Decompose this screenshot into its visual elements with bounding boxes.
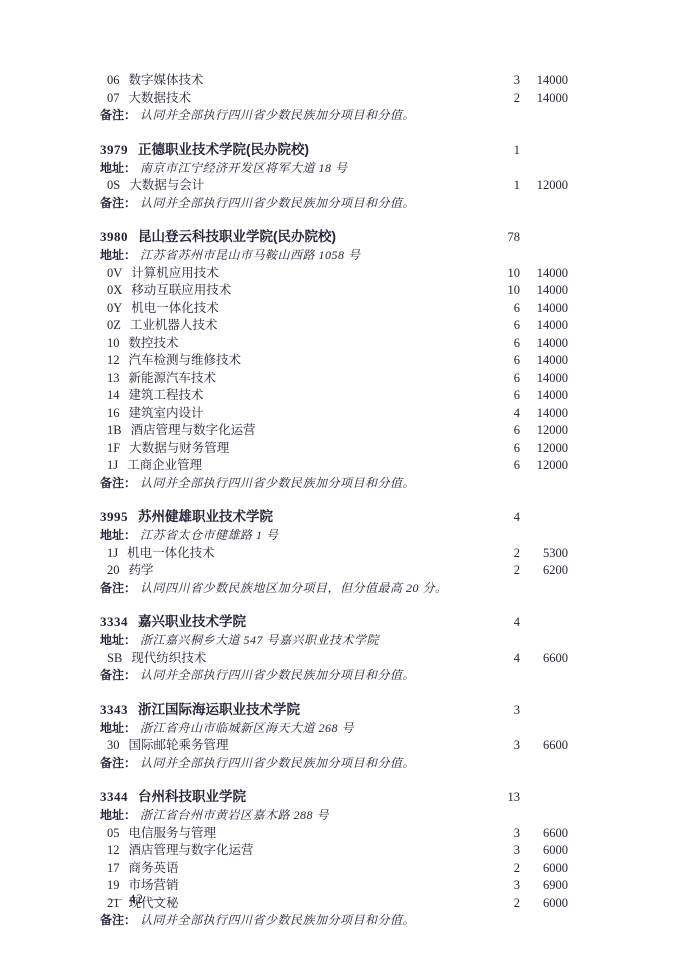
major-fee: 6000 [520, 895, 568, 913]
major-row: 12 酒店管理与数字化运营 3 6000 [100, 842, 568, 860]
school-code: 3995 [100, 507, 128, 527]
note-text: 认同并全部执行四川省少数民族加分项目和分值。 [140, 107, 415, 125]
note-label: 备注： [100, 912, 136, 930]
footer-dash-right: — [144, 891, 170, 906]
major-name: 机电一体化技术 [131, 300, 474, 318]
note-label: 备注： [100, 107, 136, 125]
school-code: 3979 [100, 140, 128, 160]
school-header: 3979 正德职业技术学院(民办院校) 1 [100, 140, 568, 160]
major-fee: 12000 [520, 177, 568, 195]
major-code: 0S [107, 177, 120, 195]
major-code: 0V [107, 265, 122, 283]
major-fee: 14000 [520, 352, 568, 370]
major-name: 市场营销 [129, 877, 475, 895]
major-fee: 6000 [520, 842, 568, 860]
major-rows: 0S 大数据与会计 1 12000 [100, 177, 568, 195]
major-name: 建筑工程技术 [129, 387, 475, 405]
major-rows: 0V 计算机应用技术 10 14000 0X 移动互联应用技术 10 14000… [100, 265, 568, 475]
major-fee: 14000 [520, 405, 568, 423]
major-name: 数控技术 [129, 335, 475, 353]
major-code: 20 [107, 562, 120, 580]
address-line: 地址： 江苏省苏州市昆山市马鞍山西路 1058 号 [100, 247, 568, 265]
school-code: 3344 [100, 787, 128, 807]
major-code: 1J [107, 457, 118, 475]
major-code: SB [107, 650, 122, 668]
major-row: 0Y 机电一体化技术 6 14000 [100, 300, 568, 318]
major-quota: 3 [474, 877, 520, 895]
major-quota: 3 [474, 825, 520, 843]
major-quota: 2 [474, 860, 520, 878]
note-label: 备注： [100, 475, 136, 493]
school-section: 06 数字媒体技术 3 14000 07 大数据技术 2 14000 备注： 认… [100, 72, 568, 125]
school-name: 浙江国际海运职业技术学院 [138, 700, 474, 720]
note-label: 备注： [100, 580, 136, 598]
major-code: 14 [107, 387, 120, 405]
address-text: 江苏省太仓市健雄路 1 号 [140, 527, 279, 545]
school-header: 3334 嘉兴职业技术学院 4 [100, 612, 568, 632]
address-label: 地址： [100, 160, 136, 178]
major-rows: 05 电信服务与管理 3 6600 12 酒店管理与数字化运营 3 6000 1… [100, 825, 568, 913]
major-code: 30 [107, 737, 120, 755]
major-row: 12 汽车检测与维修技术 6 14000 [100, 352, 568, 370]
major-code: 1J [107, 545, 118, 563]
school-header: 3344 台州科技职业学院 13 [100, 787, 568, 807]
major-code: 13 [107, 370, 120, 388]
major-row: 06 数字媒体技术 3 14000 [100, 72, 568, 90]
major-name: 工商企业管理 [127, 457, 474, 475]
note-label: 备注： [100, 755, 136, 773]
major-quota: 2 [474, 895, 520, 913]
major-quota: 10 [474, 265, 520, 283]
major-name: 大数据技术 [129, 90, 475, 108]
major-row: 10 数控技术 6 14000 [100, 335, 568, 353]
note-line: 备注： 认同并全部执行四川省少数民族加分项目和分值。 [100, 475, 568, 493]
major-rows: 1J 机电一体化技术 2 5300 20 药学 2 6200 [100, 545, 568, 580]
major-code: 12 [107, 842, 120, 860]
major-fee: 6600 [520, 737, 568, 755]
major-row: 20 药学 2 6200 [100, 562, 568, 580]
major-code: 12 [107, 352, 120, 370]
major-name: 汽车检测与维修技术 [129, 352, 475, 370]
major-fee: 6900 [520, 877, 568, 895]
major-row: 19 市场营销 3 6900 [100, 877, 568, 895]
major-code: 0Z [107, 317, 121, 335]
major-quota: 2 [474, 90, 520, 108]
note-text: 认同并全部执行四川省少数民族加分项目和分值。 [140, 195, 415, 213]
major-code: 17 [107, 860, 120, 878]
major-row: 0Z 工业机器人技术 6 14000 [100, 317, 568, 335]
school-total-quota: 4 [474, 612, 520, 632]
note-line: 备注： 认同并全部执行四川省少数民族加分项目和分值。 [100, 107, 568, 125]
school-total-quota: 3 [474, 700, 520, 720]
note-line: 备注： 认同并全部执行四川省少数民族加分项目和分值。 [100, 667, 568, 685]
major-quota: 4 [474, 650, 520, 668]
school-total-quota: 13 [474, 787, 520, 807]
major-row: 17 商务英语 2 6000 [100, 860, 568, 878]
major-quota: 6 [474, 457, 520, 475]
major-name: 现代文秘 [129, 895, 475, 913]
major-fee: 6200 [520, 562, 568, 580]
major-quota: 6 [474, 387, 520, 405]
major-code: 0X [107, 282, 122, 300]
major-fee: 6000 [520, 860, 568, 878]
note-label: 备注： [100, 667, 136, 685]
note-text: 认同并全部执行四川省少数民族加分项目和分值。 [140, 475, 415, 493]
address-label: 地址： [100, 807, 136, 825]
major-code: 1F [107, 440, 120, 458]
major-name: 移动互联应用技术 [131, 282, 474, 300]
school-code: 3343 [100, 700, 128, 720]
major-name: 大数据与会计 [129, 177, 474, 195]
address-label: 地址： [100, 720, 136, 738]
major-code: 06 [107, 72, 120, 90]
major-quota: 6 [474, 352, 520, 370]
major-rows: SB 现代纺织技术 4 6600 [100, 650, 568, 668]
school-section: 3995 苏州健雄职业技术学院 4 地址： 江苏省太仓市健雄路 1 号 1J 机… [100, 507, 568, 597]
major-fee: 14000 [520, 300, 568, 318]
school-section: 3334 嘉兴职业技术学院 4 地址： 浙江嘉兴桐乡大道 547 号嘉兴职业技术… [100, 612, 568, 685]
major-fee: 14000 [520, 317, 568, 335]
major-fee: 12000 [520, 457, 568, 475]
school-name: 台州科技职业学院 [138, 787, 474, 807]
school-header: 3343 浙江国际海运职业技术学院 3 [100, 700, 568, 720]
school-header: 3995 苏州健雄职业技术学院 4 [100, 507, 568, 527]
major-name: 商务英语 [129, 860, 475, 878]
major-quota: 4 [474, 405, 520, 423]
school-section: 3980 昆山登云科技职业学院(民办院校) 78 地址： 江苏省苏州市昆山市马鞍… [100, 227, 568, 492]
address-text: 浙江嘉兴桐乡大道 547 号嘉兴职业技术学院 [140, 632, 379, 650]
major-fee: 14000 [520, 387, 568, 405]
major-name: 机电一体化技术 [127, 545, 474, 563]
major-fee: 6600 [520, 650, 568, 668]
note-line: 备注： 认同四川省少数民族地区加分项目，但分值最高 20 分。 [100, 580, 568, 598]
school-total-quota: 1 [474, 140, 520, 160]
note-line: 备注： 认同并全部执行四川省少数民族加分项目和分值。 [100, 912, 568, 930]
school-name: 昆山登云科技职业学院(民办院校) [138, 227, 474, 247]
major-quota: 2 [474, 562, 520, 580]
major-fee: 12000 [520, 422, 568, 440]
school-header: 3980 昆山登云科技职业学院(民办院校) 78 [100, 227, 568, 247]
address-text: 浙江省舟山市临城新区海天大道 268 号 [140, 720, 354, 738]
address-line: 地址： 江苏省太仓市健雄路 1 号 [100, 527, 568, 545]
school-code: 3980 [100, 227, 128, 247]
major-row: 0S 大数据与会计 1 12000 [100, 177, 568, 195]
school-name: 苏州健雄职业技术学院 [138, 507, 474, 527]
major-row: 21 现代文秘 2 6000 [100, 895, 568, 913]
major-name: 大数据与财务管理 [129, 440, 474, 458]
major-row: 0V 计算机应用技术 10 14000 [100, 265, 568, 283]
major-rows: 06 数字媒体技术 3 14000 07 大数据技术 2 14000 [100, 72, 568, 107]
major-row: 30 国际邮轮乘务管理 3 6600 [100, 737, 568, 755]
major-code: 07 [107, 90, 120, 108]
major-quota: 1 [474, 177, 520, 195]
school-total-quota: 78 [474, 227, 520, 247]
major-quota: 6 [474, 370, 520, 388]
major-fee: 14000 [520, 282, 568, 300]
major-name: 计算机应用技术 [131, 265, 474, 283]
major-quota: 2 [474, 545, 520, 563]
major-code: 16 [107, 405, 120, 423]
major-name: 现代纺织技术 [131, 650, 474, 668]
major-fee: 12000 [520, 440, 568, 458]
major-row: 05 电信服务与管理 3 6600 [100, 825, 568, 843]
school-sections-list: 06 数字媒体技术 3 14000 07 大数据技术 2 14000 备注： 认… [100, 72, 568, 930]
address-text: 江苏省苏州市昆山市马鞍山西路 1058 号 [140, 247, 361, 265]
major-quota: 3 [474, 72, 520, 90]
major-fee: 5300 [520, 545, 568, 563]
major-quota: 6 [474, 440, 520, 458]
note-label: 备注： [100, 195, 136, 213]
major-code: 0Y [107, 300, 122, 318]
school-total-quota: 4 [474, 507, 520, 527]
major-name: 药学 [129, 562, 475, 580]
major-name: 酒店管理与数字化运营 [131, 422, 474, 440]
school-section: 3344 台州科技职业学院 13 地址： 浙江省台州市黄岩区嘉木路 288 号 … [100, 787, 568, 930]
major-row: 16 建筑室内设计 4 14000 [100, 405, 568, 423]
major-row: 07 大数据技术 2 14000 [100, 90, 568, 108]
major-name: 建筑室内设计 [129, 405, 475, 423]
school-code: 3334 [100, 612, 128, 632]
major-row: 1J 机电一体化技术 2 5300 [100, 545, 568, 563]
note-text: 认同并全部执行四川省少数民族加分项目和分值。 [140, 667, 415, 685]
school-section: 3343 浙江国际海运职业技术学院 3 地址： 浙江省舟山市临城新区海天大道 2… [100, 700, 568, 773]
major-quota: 10 [474, 282, 520, 300]
address-label: 地址： [100, 527, 136, 545]
address-label: 地址： [100, 632, 136, 650]
major-name: 新能源汽车技术 [129, 370, 475, 388]
major-name: 酒店管理与数字化运营 [129, 842, 475, 860]
major-quota: 6 [474, 335, 520, 353]
note-line: 备注： 认同并全部执行四川省少数民族加分项目和分值。 [100, 755, 568, 773]
footer-dash-left: — [103, 891, 129, 906]
major-fee: 14000 [520, 265, 568, 283]
major-row: 14 建筑工程技术 6 14000 [100, 387, 568, 405]
school-name: 正德职业技术学院(民办院校) [138, 140, 474, 160]
major-fee: 14000 [520, 90, 568, 108]
major-fee: 6600 [520, 825, 568, 843]
note-line: 备注： 认同并全部执行四川省少数民族加分项目和分值。 [100, 195, 568, 213]
document-page: 06 数字媒体技术 3 14000 07 大数据技术 2 14000 备注： 认… [100, 72, 568, 930]
note-text: 认同并全部执行四川省少数民族加分项目和分值。 [140, 912, 415, 930]
major-row: 0X 移动互联应用技术 10 14000 [100, 282, 568, 300]
major-name: 国际邮轮乘务管理 [129, 737, 475, 755]
school-name: 嘉兴职业技术学院 [138, 612, 474, 632]
major-name: 数字媒体技术 [129, 72, 475, 90]
address-text: 南京市江宁经济开发区将军大道 18 号 [140, 160, 348, 178]
major-fee: 14000 [520, 72, 568, 90]
major-row: 1J 工商企业管理 6 12000 [100, 457, 568, 475]
major-quota: 3 [474, 842, 520, 860]
address-line: 地址： 浙江省台州市黄岩区嘉木路 288 号 [100, 807, 568, 825]
major-fee: 14000 [520, 335, 568, 353]
address-label: 地址： [100, 247, 136, 265]
major-quota: 6 [474, 300, 520, 318]
note-text: 认同并全部执行四川省少数民族加分项目和分值。 [140, 755, 415, 773]
major-row: 13 新能源汽车技术 6 14000 [100, 370, 568, 388]
major-code: 1B [107, 422, 122, 440]
school-section: 3979 正德职业技术学院(民办院校) 1 地址： 南京市江宁经济开发区将军大道… [100, 140, 568, 213]
major-name: 工业机器人技术 [130, 317, 474, 335]
address-line: 地址： 南京市江宁经济开发区将军大道 18 号 [100, 160, 568, 178]
major-row: SB 现代纺织技术 4 6600 [100, 650, 568, 668]
address-text: 浙江省台州市黄岩区嘉木路 288 号 [140, 807, 329, 825]
major-fee: 14000 [520, 370, 568, 388]
major-code: 05 [107, 825, 120, 843]
major-code: 10 [107, 335, 120, 353]
major-row: 1F 大数据与财务管理 6 12000 [100, 440, 568, 458]
major-quota: 3 [474, 737, 520, 755]
address-line: 地址： 浙江省舟山市临城新区海天大道 268 号 [100, 720, 568, 738]
address-line: 地址： 浙江嘉兴桐乡大道 547 号嘉兴职业技术学院 [100, 632, 568, 650]
note-text: 认同四川省少数民族地区加分项目，但分值最高 20 分。 [140, 580, 448, 598]
major-row: 1B 酒店管理与数字化运营 6 12000 [100, 422, 568, 440]
major-rows: 30 国际邮轮乘务管理 3 6600 [100, 737, 568, 755]
major-quota: 6 [474, 422, 520, 440]
page-footer: —42— [103, 891, 170, 907]
major-quota: 6 [474, 317, 520, 335]
footer-page-number: 42 [129, 891, 144, 906]
major-name: 电信服务与管理 [129, 825, 475, 843]
